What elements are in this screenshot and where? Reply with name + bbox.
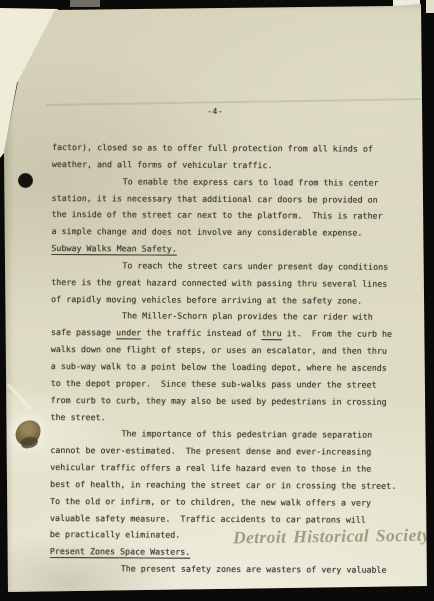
text-segment: factor), closed so as to offer full prot… [52,142,373,154]
text-segment: be practically eliminated. [50,529,180,540]
text-segment: To reach the street cars under present d… [122,260,388,271]
hole-punch [18,173,33,188]
text-line: The importance of this pedestrian grade … [50,425,412,444]
text-segment: weather, and all forms of vehicular traf… [52,159,273,170]
text-line: a simple change and does not involve any… [51,223,413,242]
text-line: of rapidly moving vehicles before arrivi… [51,291,413,310]
text-segment: best of health, in reaching the street c… [50,479,396,491]
text-line: To reach the street cars under present d… [51,257,413,276]
text-line: best of health, in reaching the street c… [50,476,412,495]
page-number: -4- [207,106,223,116]
text-line: To enable the express cars to load from … [52,173,414,192]
text-segment: cannot be over-estimated. The present de… [50,445,371,457]
text-segment: station, it is necessary that additional… [52,193,378,205]
text-line: vehicular traffic offers a real life haz… [50,459,412,478]
text-line: weather, and all forms of vehicular traf… [52,156,414,175]
text-segment: the inside of the street car next to the… [52,209,383,221]
text-segment: The Miller-Schorn plan provides the car … [122,311,373,322]
underlined-text: Present Zones Space Wasters. [50,546,190,557]
page-edge-tab-gray [70,0,100,7]
text-line: To the old or infirm, or to children, th… [50,493,412,512]
text-line: there is the great hazard connected with… [51,274,413,293]
scanned-document-photo: -4- factor), closed so as to offer full … [0,0,434,601]
text-line: Subway Walks Mean Safety. [51,240,413,259]
text-segment: the street. [51,411,106,421]
text-segment: The present safety zones are wasters of … [121,563,387,574]
text-line: safe passage under the traffic instead o… [51,324,413,343]
text-segment: there is the great hazard connected with… [51,277,387,289]
text-segment: it. From the curb he [282,328,392,339]
text-line: the street. [51,408,413,427]
text-segment: a simple change and does not involve any… [51,226,362,238]
watermark-text: Detroit Historical Society [233,525,430,549]
paper-crease [46,98,424,106]
text-segment: vehicular traffic offers a real life haz… [50,462,371,474]
text-line: from curb to curb, they may also be used… [51,392,413,411]
text-segment: the traffic instead of [141,328,261,339]
text-line: factor), closed so as to offer full prot… [52,139,414,158]
paper-crease-small [7,383,32,410]
text-segment: a sub-way walk to a point below the load… [51,361,387,373]
paper-damage-spot-dark [20,436,38,449]
text-line: walks down one flight of steps, or uses … [51,341,413,360]
text-segment: valuable safety measure. Traffic acciden… [50,513,366,525]
text-line: station, it is necessary that additional… [52,190,414,209]
text-segment: To enable the express cars to load from … [123,176,379,187]
text-segment: walks down one flight of steps, or uses … [51,344,387,356]
paper-page: -4- factor), closed so as to offer full … [0,0,434,601]
underlined-text: Subway Walks Mean Safety. [51,243,176,254]
typewritten-text: factor), closed so as to offer full prot… [50,139,414,579]
text-segment: To the old or infirm, or to children, th… [50,496,371,508]
text-line: to the depot proper. Since these sub-wal… [51,375,413,394]
text-segment: of rapidly moving vehicles before arrivi… [51,294,362,306]
text-line: the inside of the street car next to the… [52,206,414,225]
text-segment: from curb to curb, they may also be used… [51,395,387,407]
text-segment: The importance of this pedestrian grade … [121,429,372,440]
text-line: The Miller-Schorn plan provides the car … [51,307,413,326]
text-line: The present safety zones are wasters of … [50,560,412,579]
text-line: a sub-way walk to a point below the load… [51,358,413,377]
text-segment: to the depot proper. Since these sub-wal… [51,378,377,390]
text-segment: safe passage [51,327,116,337]
underlined-text: thru [262,328,282,338]
text-line: cannot be over-estimated. The present de… [50,442,412,461]
page-edge-tab-corner [426,0,434,13]
underlined-text: under [116,328,141,338]
